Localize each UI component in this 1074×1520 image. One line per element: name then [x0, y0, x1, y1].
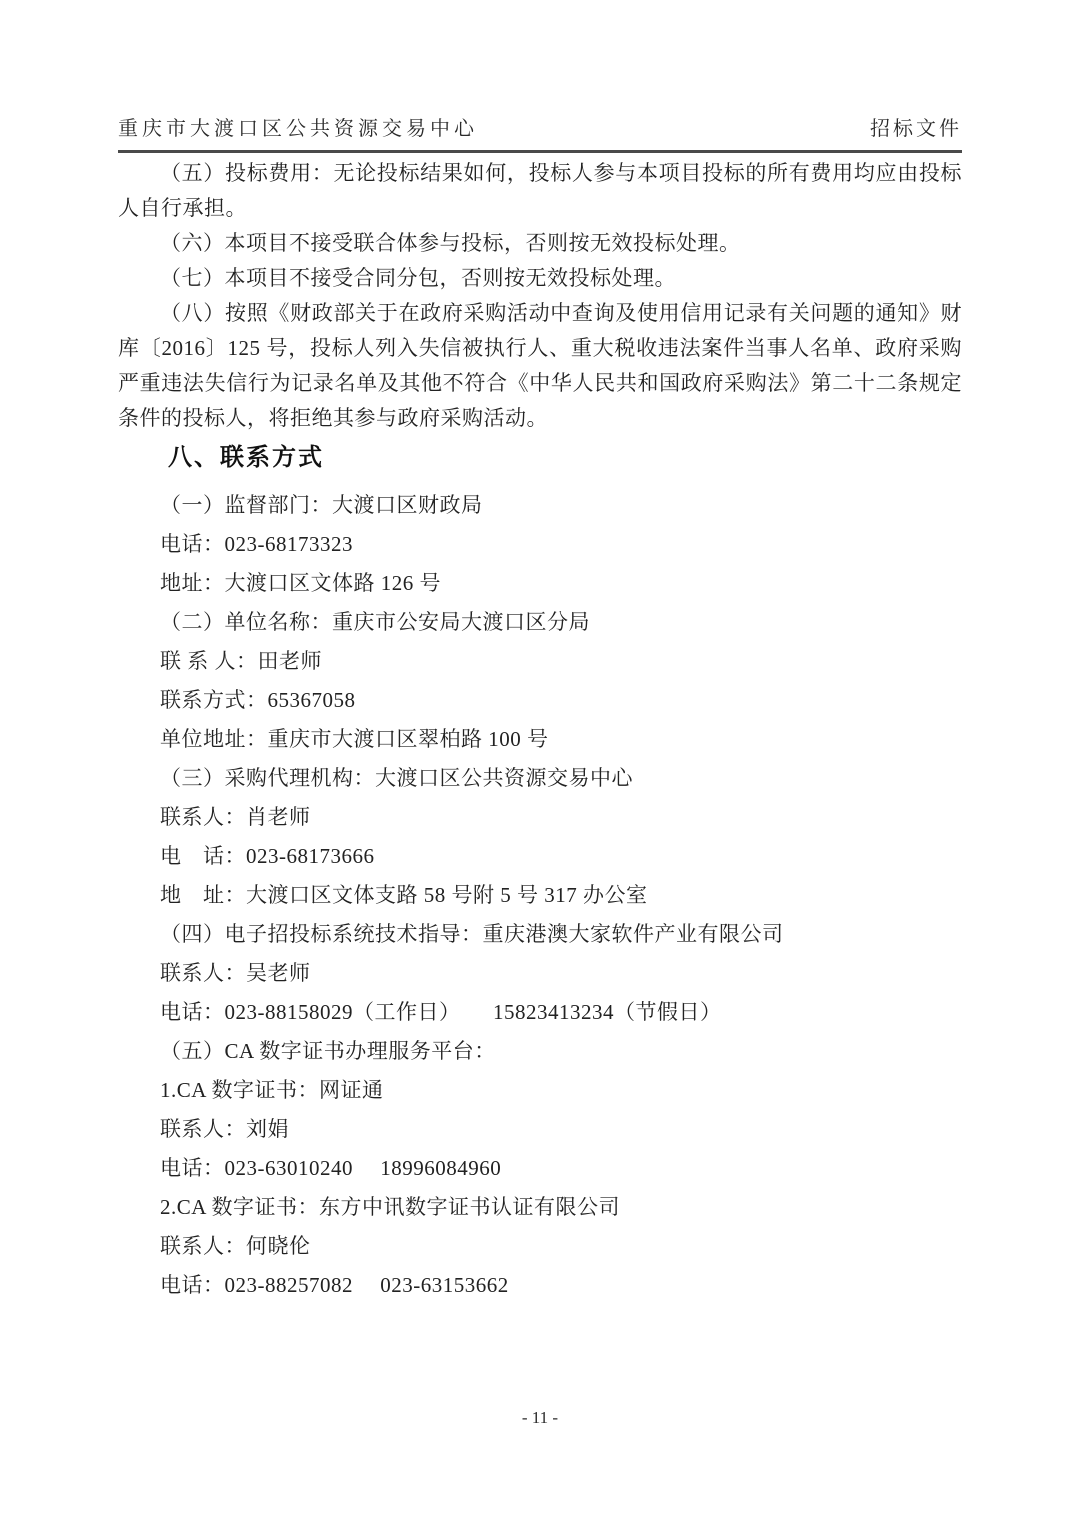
- contact-line-purchaser-contact: 联 系 人：田老师: [118, 642, 962, 681]
- contact-line-ca2-name: 2.CA 数字证书：东方中讯数字证书认证有限公司: [118, 1188, 962, 1227]
- contact-line-ebidding-contact: 联系人：吴老师: [118, 954, 962, 993]
- paragraph-no-subcontract: （七）本项目不接受合同分包，否则按无效投标处理。: [118, 261, 962, 296]
- contact-line-ca2-contact: 联系人：何晓伦: [118, 1227, 962, 1266]
- contact-line-agency-address: 地 址：大渡口区文体支路 58 号附 5 号 317 办公室: [118, 876, 962, 915]
- contact-line-agency-name: （三）采购代理机构：大渡口区公共资源交易中心: [118, 759, 962, 798]
- contact-line-purchaser-address: 单位地址：重庆市大渡口区翠柏路 100 号: [118, 720, 962, 759]
- header-doc-type: 招标文件: [870, 112, 962, 141]
- section-heading-contact-info: 八、联系方式: [118, 436, 962, 480]
- paragraph-bid-costs: （五）投标费用：无论投标结果如何，投标人参与本项目投标的所有费用均应由投标人自行…: [118, 156, 962, 226]
- paragraph-credit-records: （八）按照《财政部关于在政府采购活动中查询及使用信用记录有关问题的通知》财库〔2…: [118, 296, 962, 436]
- contact-line-ca1-contact: 联系人：刘娟: [118, 1110, 962, 1149]
- contact-line-ebidding-phones: 电话：023-88158029（工作日） 15823413234（节假日）: [118, 993, 962, 1032]
- document-body: （五）投标费用：无论投标结果如何，投标人参与本项目投标的所有费用均应由投标人自行…: [118, 156, 962, 1305]
- contact-line-supervisor-dept: （一）监督部门：大渡口区财政局: [118, 486, 962, 525]
- contact-line-ca-platform-heading: （五）CA 数字证书办理服务平台：: [118, 1032, 962, 1071]
- contact-line-purchaser-name: （二）单位名称：重庆市公安局大渡口区分局: [118, 603, 962, 642]
- contact-line-agency-contact: 联系人：肖老师: [118, 798, 962, 837]
- contact-line-supervisor-address: 地址：大渡口区文体路 126 号: [118, 564, 962, 603]
- contact-line-ca1-name: 1.CA 数字证书：网证通: [118, 1071, 962, 1110]
- contact-line-supervisor-phone: 电话：023-68173323: [118, 525, 962, 564]
- contact-line-agency-phone: 电 话：023-68173666: [118, 837, 962, 876]
- header-org-name: 重庆市大渡口区公共资源交易中心: [118, 112, 478, 141]
- page-header-row: 重庆市大渡口区公共资源交易中心 招标文件: [118, 112, 962, 150]
- document-page: 重庆市大渡口区公共资源交易中心 招标文件 （五）投标费用：无论投标结果如何，投标…: [0, 0, 1074, 1520]
- paragraph-no-consortium: （六）本项目不接受联合体参与投标，否则按无效投标处理。: [118, 226, 962, 261]
- header-divider: [118, 150, 962, 153]
- contact-line-purchaser-phone: 联系方式：65367058: [118, 681, 962, 720]
- contact-line-ebidding-support-company: （四）电子招投标系统技术指导：重庆港澳大家软件产业有限公司: [118, 915, 962, 954]
- contact-line-ca2-phones: 电话：023-88257082 023-63153662: [118, 1266, 962, 1305]
- page-header: 重庆市大渡口区公共资源交易中心 招标文件: [118, 112, 962, 153]
- page-number: - 11 -: [522, 1408, 558, 1427]
- contact-line-ca1-phones: 电话：023-63010240 18996084960: [118, 1149, 962, 1188]
- page-footer: - 11 -: [118, 1408, 962, 1428]
